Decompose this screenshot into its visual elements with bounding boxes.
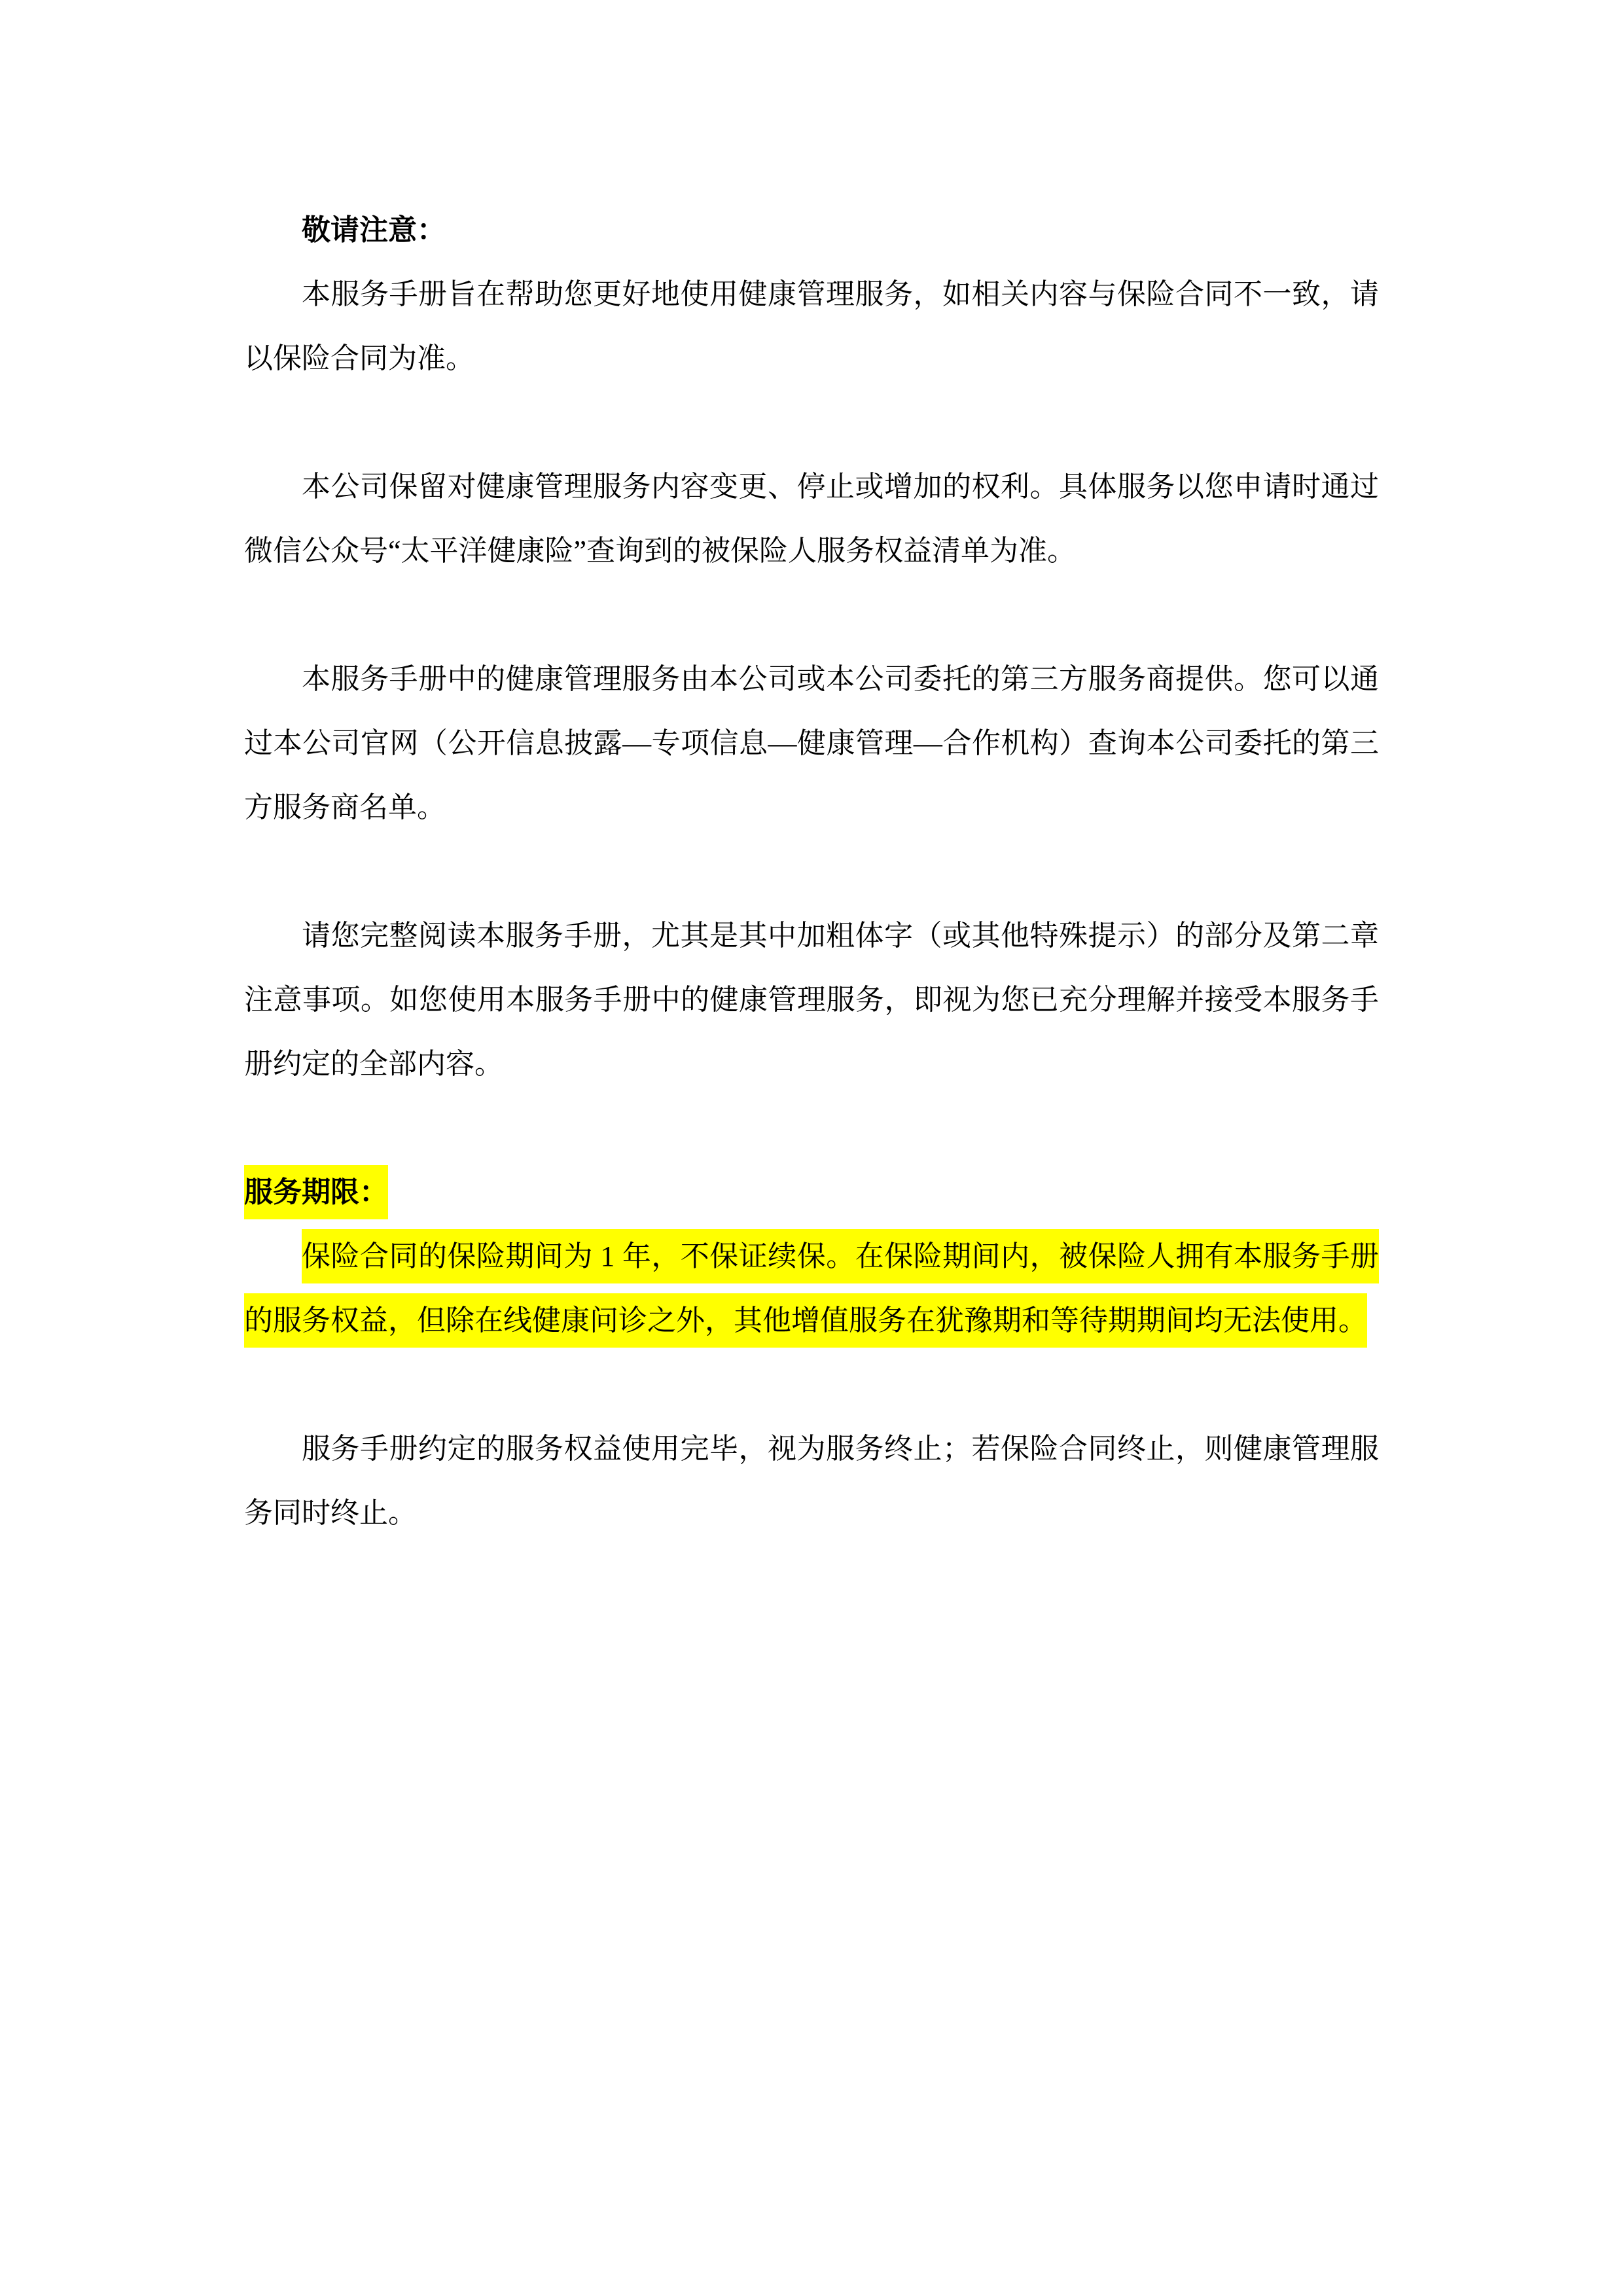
document-page: 敬请注意： 本服务手册旨在帮助您更好地使用健康管理服务，如相关内容与保险合同不一… — [0, 0, 1623, 2296]
service-period-highlight-text: 保险合同的保险期间为 1 年，不保证续保。在保险期间内，被保险人拥有本服务手册的… — [244, 1229, 1379, 1348]
paragraph-third-party-providers: 本服务手册中的健康管理服务由本公司或本公司委托的第三方服务商提供。您可以通过本公… — [244, 647, 1379, 840]
paragraph-read-carefully: 请您完整阅读本服务手册，尤其是其中加粗体字（或其他特殊提示）的部分及第二章注意事… — [244, 904, 1379, 1096]
service-period-heading-highlight: 服务期限： — [244, 1165, 388, 1219]
paragraph-service-period: 保险合同的保险期间为 1 年，不保证续保。在保险期间内，被保险人拥有本服务手册的… — [244, 1225, 1379, 1353]
notice-heading: 敬请注意： — [244, 198, 1379, 262]
paragraph-service-termination: 服务手册约定的服务权益使用完毕，视为服务终止；若保险合同终止，则健康管理服务同时… — [244, 1417, 1379, 1545]
service-period-heading: 服务期限： — [244, 1160, 1379, 1225]
paragraph-service-change-rights: 本公司保留对健康管理服务内容变更、停止或增加的权利。具体服务以您申请时通过微信公… — [244, 455, 1379, 583]
paragraph-manual-purpose: 本服务手册旨在帮助您更好地使用健康管理服务，如相关内容与保险合同不一致，请以保险… — [244, 262, 1379, 391]
document-content: 敬请注意： 本服务手册旨在帮助您更好地使用健康管理服务，如相关内容与保险合同不一… — [244, 198, 1379, 1545]
